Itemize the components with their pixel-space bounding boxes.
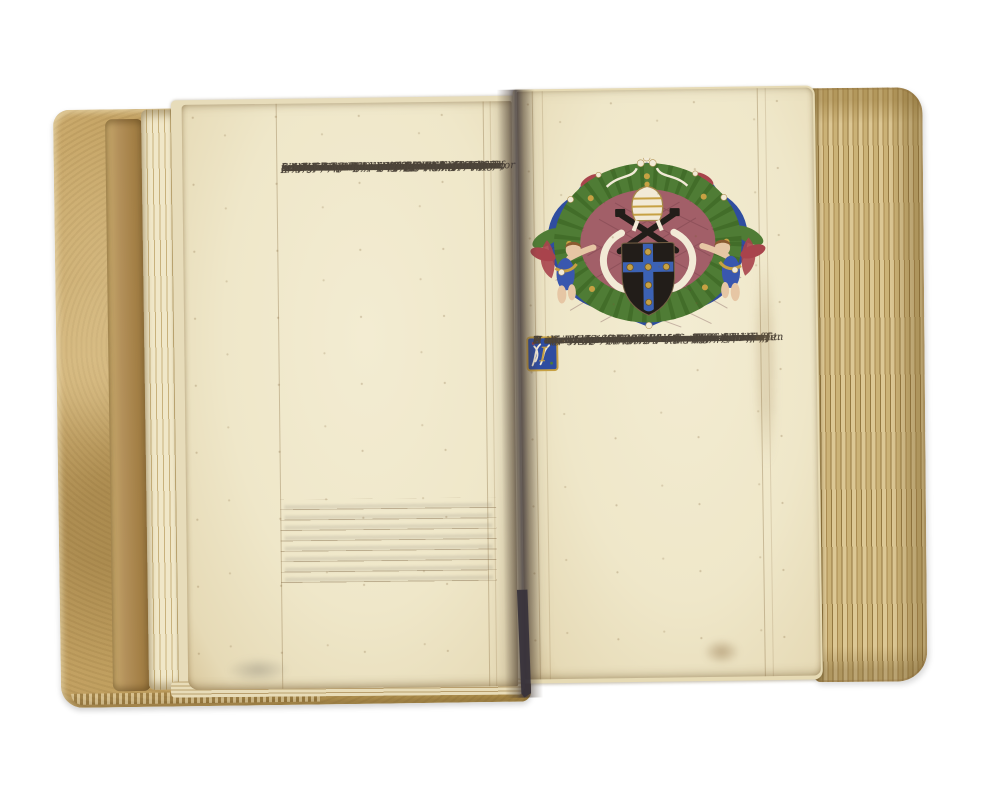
left-margin-ruling: [276, 104, 284, 689]
right-margin-ruling-2: [490, 101, 498, 686]
bottom-stain: [702, 639, 740, 666]
foxing-speckles: [182, 101, 519, 690]
fore-edge-page-stack: [808, 87, 927, 682]
blank-ruled-lines: [280, 497, 497, 585]
text-line: mee gratulationiſ cantum adoriri ſic pla…: [281, 158, 505, 176]
text-line: Nunc & marmoreiſ cruſtiſ exculpta uidem?: [533, 331, 758, 348]
left-page-text: na ut nihil pretermittat earum rerum que…: [281, 158, 497, 160]
right-page: I nclita ſigna uago luit radiantia mundo…: [517, 88, 821, 680]
left-page: na ut nihil pretermittat earum rerum que…: [182, 101, 519, 690]
corner-smudge: [226, 657, 290, 684]
open-manuscript-book: na ut nihil pretermittat earum rerum que…: [53, 84, 934, 714]
margin-smudge: [755, 256, 776, 468]
right-margin-ruling: [483, 101, 491, 686]
illuminated-coat-of-arms: [528, 156, 768, 337]
ink-showthrough: [284, 499, 493, 583]
photo-background: na ut nihil pretermittat earum rerum que…: [0, 0, 1000, 793]
